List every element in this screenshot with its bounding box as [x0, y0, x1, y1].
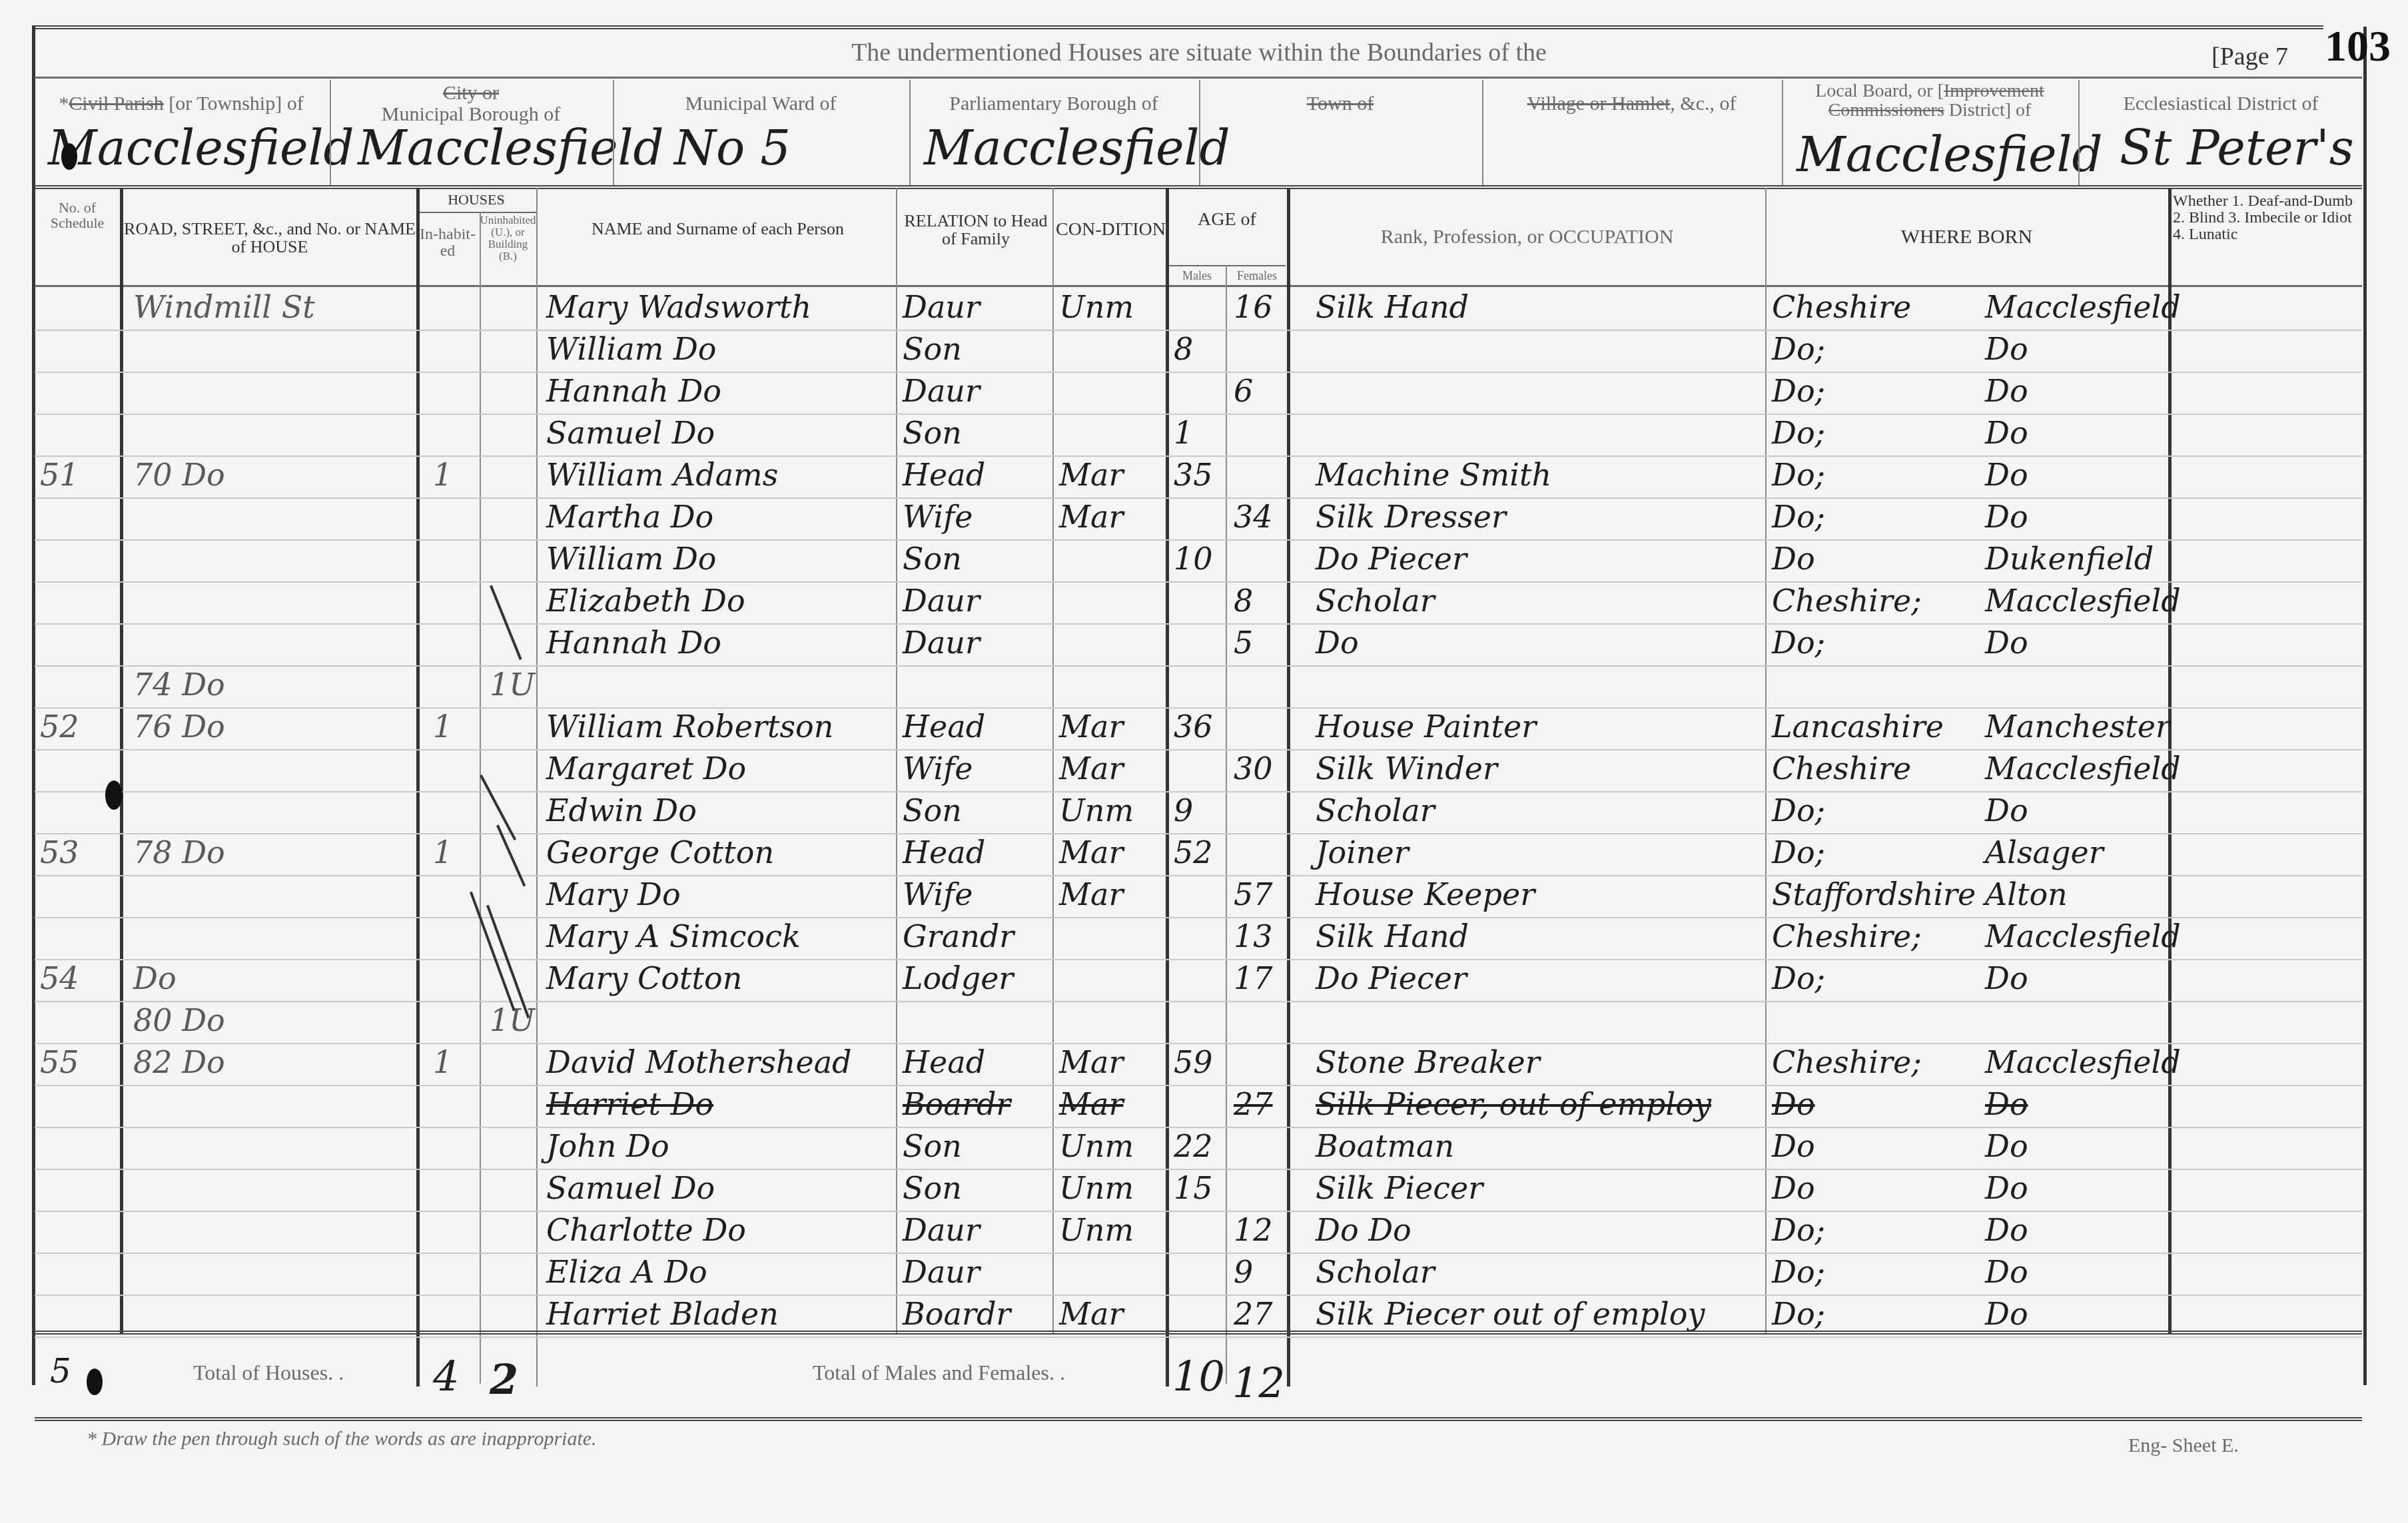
col-rule — [1765, 188, 1767, 1333]
cell-name: Mary Do — [546, 876, 681, 912]
region-town: Town of — [1200, 80, 1480, 186]
cell-condition: Mar — [1059, 1044, 1124, 1080]
cell-condition: Unm — [1059, 289, 1134, 325]
cell-road: 74 Do — [133, 667, 225, 703]
col-rule — [416, 188, 420, 1386]
cell-name: William Robertson — [546, 709, 833, 745]
cell-inhabited: 1 — [433, 457, 452, 493]
cell-born-county: Do; — [1772, 457, 1825, 493]
cell-relation: Grandr — [903, 918, 1014, 954]
header-name: NAME and Surname of each Person — [540, 220, 896, 238]
row-rule — [35, 1337, 2362, 1338]
cell-relation: Wife — [903, 751, 973, 786]
col-rule — [536, 188, 538, 1386]
cell-female-age: 9 — [1234, 1254, 1253, 1290]
cell-born-place: Do — [1985, 331, 2028, 367]
cell-relation: Daur — [903, 373, 980, 409]
cell-name: William Do — [546, 541, 717, 577]
cell-condition: Mar — [1059, 751, 1124, 786]
cell-name: Mary Wadsworth — [546, 289, 811, 325]
cell-schedule: 53 — [40, 834, 79, 870]
cell-occupation: Silk Piecer, out of employ — [1316, 1086, 1711, 1122]
cell-born-county: Do; — [1772, 1254, 1825, 1290]
top-border — [32, 25, 2323, 29]
total-schedules: 5 — [50, 1352, 71, 1390]
header-relation: RELATION to Head of Family — [899, 212, 1052, 248]
cell-condition: Mar — [1059, 834, 1124, 870]
cell-relation: Head — [903, 1044, 985, 1080]
cell-born-place: Alsager — [1985, 834, 2104, 870]
cell-occupation: Do Do — [1316, 1212, 1411, 1248]
row-rule — [35, 665, 2362, 667]
cell-schedule: 54 — [40, 960, 79, 996]
footnote: * Draw the pen through such of the words… — [87, 1428, 597, 1450]
cell-relation: Son — [903, 792, 962, 828]
total-persons-label: Total of Males and Females. . — [813, 1362, 1065, 1384]
cell-born-county: Cheshire — [1772, 289, 1911, 325]
cell-occupation: Machine Smith — [1316, 457, 1551, 493]
total-uninhabited: 2 — [490, 1355, 518, 1404]
cell-born-place: Do — [1985, 1212, 2028, 1248]
cell-name: David Mothershead — [546, 1044, 852, 1080]
cell-occupation: Do Piecer — [1316, 541, 1467, 577]
sheet-label: Eng- Sheet E. — [2128, 1435, 2239, 1456]
cell-relation: Head — [903, 709, 985, 745]
cell-born-place: Dukenfield — [1985, 541, 2154, 577]
title-divider — [35, 77, 2362, 79]
cell-occupation: Boatman — [1316, 1128, 1454, 1164]
cell-relation: Son — [903, 541, 962, 577]
cell-condition: Unm — [1059, 1170, 1134, 1206]
region-label: Parliamentary Borough of — [911, 93, 1197, 115]
cell-male-age: 1 — [1174, 415, 1193, 451]
cell-born-place: Do — [1985, 499, 2028, 535]
cell-born-place: Macclesfield — [1985, 289, 2181, 325]
cell-born-county: Do; — [1772, 625, 1825, 661]
header-age: AGE of — [1167, 210, 1287, 229]
cell-born-place: Macclesfield — [1985, 751, 2181, 786]
cell-occupation: Silk Winder — [1316, 751, 1497, 786]
cell-born-county: Cheshire; — [1772, 583, 1922, 619]
region-label: Village or Hamlet, &c., of — [1483, 93, 1780, 115]
cell-female-age: 30 — [1234, 751, 1273, 786]
cell-relation: Son — [903, 1128, 962, 1164]
cell-born-place: Do — [1985, 792, 2028, 828]
cell-occupation: Silk Piecer out of employ — [1316, 1296, 1705, 1332]
cell-name: Hannah Do — [546, 625, 721, 661]
cell-female-age: 17 — [1234, 960, 1273, 996]
cell-born-county: Cheshire — [1772, 751, 1911, 786]
cell-relation: Daur — [903, 1254, 980, 1290]
cell-female-age: 5 — [1234, 625, 1253, 661]
cell-name: Hannah Do — [546, 373, 721, 409]
cell-occupation: Silk Hand — [1316, 918, 1469, 954]
cell-name: William Adams — [546, 457, 778, 493]
cell-born-county: Do — [1772, 541, 1815, 577]
cell-relation: Wife — [903, 876, 973, 912]
cell-born-county: Staffordshire — [1772, 876, 1972, 912]
cell-born-place: Do — [1985, 1170, 2028, 1206]
cell-born-place: Do — [1985, 1254, 2028, 1290]
cell-born-county: Cheshire; — [1772, 918, 1922, 954]
totals-bottom-rule — [35, 1417, 2362, 1421]
cell-name: Samuel Do — [546, 1170, 715, 1206]
region-municipal-borough: City or Municipal Borough of Macclesfiel… — [331, 80, 611, 186]
region-parliamentary-borough: Parliamentary Borough of Macclesfield — [911, 80, 1197, 186]
cell-inhabited: 1 — [433, 834, 452, 870]
col-rule — [1052, 188, 1054, 1333]
cell-road: 78 Do — [133, 834, 225, 870]
cell-born-county: Do; — [1772, 834, 1825, 870]
ink-blot — [105, 780, 123, 810]
cell-born-county: Do; — [1772, 499, 1825, 535]
total-males: 10 — [1172, 1352, 1225, 1400]
cell-male-age: 9 — [1174, 792, 1193, 828]
cell-occupation: Silk Dresser — [1316, 499, 1506, 535]
cell-born-place: Do — [1985, 1086, 2028, 1122]
cell-condition: Mar — [1059, 709, 1124, 745]
cell-schedule: 55 — [40, 1044, 79, 1080]
tally-mark — [490, 585, 522, 661]
cell-born-place: Macclesfield — [1985, 1044, 2181, 1080]
cell-uninhabited: 1U — [490, 667, 535, 703]
col-rule — [1226, 265, 1227, 1384]
col-rule — [896, 188, 897, 1333]
cell-born-place: Alton — [1985, 876, 2068, 912]
cell-born-county: Do; — [1772, 792, 1825, 828]
cell-born-place: Do — [1985, 960, 2028, 996]
cell-born-county: Do — [1772, 1128, 1815, 1164]
cell-born-county: Do; — [1772, 331, 1825, 367]
cell-condition: Unm — [1059, 792, 1134, 828]
cell-born-county: Do — [1772, 1086, 1815, 1122]
region-label: Town of — [1200, 93, 1480, 115]
header-schedule: No. of Schedule — [35, 200, 120, 230]
cell-name: Margaret Do — [546, 751, 746, 786]
total-houses-label: Total of Houses. . — [193, 1362, 344, 1384]
cell-born-county: Do; — [1772, 960, 1825, 996]
cell-occupation: House Keeper — [1316, 876, 1535, 912]
cell-born-county: Do; — [1772, 373, 1825, 409]
region-label: Municipal Ward of — [614, 93, 907, 115]
cell-female-age: 12 — [1234, 1212, 1273, 1248]
cell-male-age: 8 — [1174, 331, 1193, 367]
tally-mark — [470, 892, 516, 1012]
cell-name: Charlotte Do — [546, 1212, 746, 1248]
ink-blot — [87, 1369, 103, 1395]
region-value: Macclesfield — [1797, 127, 2103, 182]
cell-road: Windmill St — [133, 289, 315, 325]
cell-road: 76 Do — [133, 709, 225, 745]
cell-road: 82 Do — [133, 1044, 225, 1080]
region-label: Local Board, or [Improvement Commissione… — [1783, 81, 2076, 121]
header-occupation: Rank, Profession, or OCCUPATION — [1289, 226, 1765, 248]
cell-born-county: Cheshire; — [1772, 1044, 1922, 1080]
header-where-born: WHERE BORN — [1769, 226, 2165, 248]
cell-occupation: Scholar — [1316, 1254, 1435, 1290]
cell-female-age: 34 — [1234, 499, 1273, 535]
cell-condition: Mar — [1059, 1296, 1124, 1332]
cell-female-age: 8 — [1234, 583, 1253, 619]
region-value: St Peter's — [2120, 120, 2354, 176]
cell-relation: Head — [903, 834, 985, 870]
cell-name: Mary A Simcock — [546, 918, 801, 954]
cell-name: Harriet Do — [546, 1086, 713, 1122]
cell-born-county: Do; — [1772, 1212, 1825, 1248]
form-title: The undermentioned Houses are situate wi… — [600, 40, 1799, 67]
cell-born-county: Do — [1772, 1170, 1815, 1206]
cell-condition: Mar — [1059, 1086, 1124, 1122]
cell-condition: Mar — [1059, 499, 1124, 535]
cell-name: Harriet Bladen — [546, 1296, 779, 1332]
region-ecclesiastical-district: Ecclesiastical District of St Peter's — [2080, 80, 2362, 186]
cell-female-age: 27 — [1234, 1086, 1273, 1122]
cell-born-place: Macclesfield — [1985, 583, 2181, 619]
cell-born-county: Do; — [1772, 415, 1825, 451]
cell-born-place: Manchester — [1985, 709, 2170, 745]
cell-occupation: Silk Hand — [1316, 289, 1469, 325]
cell-male-age: 15 — [1174, 1170, 1213, 1206]
region-label: Ecclesiastical District of — [2080, 93, 2362, 115]
header-inhabited: In-habit-ed — [418, 226, 478, 260]
cell-born-county: Do; — [1772, 1296, 1825, 1332]
totals-top-rule — [35, 1331, 2362, 1335]
region-divider — [35, 185, 2362, 189]
header-bottom-rule — [35, 285, 2362, 287]
cell-male-age: 59 — [1174, 1044, 1213, 1080]
region-label: *Civil Parish [or Township] of — [35, 93, 328, 115]
cell-inhabited: 1 — [433, 709, 452, 745]
region-value: Macclesfield — [48, 120, 354, 176]
header-houses: HOUSES — [416, 192, 536, 207]
cell-born-place: Do — [1985, 1128, 2028, 1164]
cell-road: 80 Do — [133, 1002, 225, 1038]
cell-relation: Boardr — [903, 1296, 1010, 1332]
label-struck: City or — [331, 83, 611, 104]
cell-name: Martha Do — [546, 499, 713, 535]
region-municipal-ward: Municipal Ward of No 5 — [614, 80, 907, 186]
cell-road: Do — [133, 960, 177, 996]
cell-female-age: 57 — [1234, 876, 1273, 912]
col-rule — [120, 188, 123, 1333]
region-civil-parish: *Civil Parish [or Township] of Macclesfi… — [35, 80, 328, 186]
cell-born-place: Do — [1985, 625, 2028, 661]
header-condition: CON-DITION — [1056, 220, 1166, 239]
col-rule — [1287, 188, 1290, 1386]
cell-name: Elizabeth Do — [546, 583, 745, 619]
cell-condition: Mar — [1059, 457, 1124, 493]
cell-relation: Wife — [903, 499, 973, 535]
cell-occupation: Silk Piecer — [1316, 1170, 1483, 1206]
cell-female-age: 6 — [1234, 373, 1253, 409]
cell-born-place: Do — [1985, 457, 2028, 493]
ink-blot — [61, 143, 77, 170]
total-inhabited: 4 — [433, 1352, 459, 1400]
col-rule — [480, 212, 481, 1384]
cell-male-age: 22 — [1174, 1128, 1213, 1164]
cell-male-age: 10 — [1174, 541, 1213, 577]
cell-condition: Unm — [1059, 1128, 1134, 1164]
cell-occupation: Scholar — [1316, 792, 1435, 828]
cell-born-place: Macclesfield — [1985, 918, 2181, 954]
cell-relation: Daur — [903, 583, 980, 619]
cell-relation: Head — [903, 457, 985, 493]
cell-occupation: Do — [1316, 625, 1359, 661]
cell-relation: Son — [903, 1170, 962, 1206]
cell-name: William Do — [546, 331, 717, 367]
cell-name: Samuel Do — [546, 415, 715, 451]
cell-relation: Lodger — [903, 960, 1013, 996]
cell-born-place: Do — [1985, 1296, 2028, 1332]
cell-relation: Son — [903, 331, 962, 367]
cell-female-age: 27 — [1234, 1296, 1273, 1332]
cell-occupation: House Painter — [1316, 709, 1536, 745]
cell-relation: Boardr — [903, 1086, 1010, 1122]
header-road: ROAD, STREET, &c., and No. or NAME of HO… — [123, 220, 416, 256]
cell-name: George Cotton — [546, 834, 774, 870]
region-village: Village or Hamlet, &c., of — [1483, 80, 1780, 186]
cell-born-place: Do — [1985, 415, 2028, 451]
cell-relation: Son — [903, 415, 962, 451]
region-local-board: Local Board, or [Improvement Commissione… — [1783, 80, 2076, 186]
cell-born-county: Lancashire — [1772, 709, 1944, 745]
cell-name: Eliza A Do — [546, 1254, 707, 1290]
cell-name: Edwin Do — [546, 792, 697, 828]
cell-relation: Daur — [903, 289, 980, 325]
cell-occupation: Stone Breaker — [1316, 1044, 1540, 1080]
header-females: Females — [1227, 270, 1287, 282]
region-value: No 5 — [674, 120, 791, 176]
cell-condition: Unm — [1059, 1212, 1134, 1248]
cell-occupation: Do Piecer — [1316, 960, 1467, 996]
page-label: [Page 7 — [2211, 44, 2288, 71]
cell-male-age: 52 — [1174, 834, 1213, 870]
cell-relation: Daur — [903, 1212, 980, 1248]
divider — [418, 212, 536, 213]
cell-schedule: 51 — [40, 457, 79, 493]
header-infirmity: Whether 1. Deaf-and-Dumb 2. Blind 3. Imb… — [2173, 193, 2359, 244]
cell-occupation: Scholar — [1316, 583, 1435, 619]
cell-schedule: 52 — [40, 709, 79, 745]
cell-male-age: 36 — [1174, 709, 1213, 745]
cell-road: 70 Do — [133, 457, 225, 493]
cell-condition: Mar — [1059, 876, 1124, 912]
header-males: Males — [1167, 270, 1227, 282]
cell-inhabited: 1 — [433, 1044, 452, 1080]
cell-female-age: 16 — [1234, 289, 1273, 325]
col-rule — [1166, 188, 1169, 1386]
cell-female-age: 13 — [1234, 918, 1273, 954]
header-uninhabited: Uninhabited (U.), or Building (B.) — [480, 214, 536, 262]
cell-name: John Do — [546, 1128, 669, 1164]
cell-relation: Daur — [903, 625, 980, 661]
region-value: Macclesfield — [924, 120, 1230, 176]
cell-born-place: Do — [1985, 373, 2028, 409]
cell-male-age: 35 — [1174, 457, 1213, 493]
total-females: 12 — [1232, 1359, 1285, 1407]
row-rule — [35, 1001, 2362, 1002]
cell-occupation: Joiner — [1316, 834, 1409, 870]
folio-number: 103 — [2325, 21, 2391, 72]
right-border — [2363, 27, 2367, 1385]
region-label: City or Municipal Borough of — [331, 83, 611, 125]
cell-name: Mary Cotton — [546, 960, 742, 996]
